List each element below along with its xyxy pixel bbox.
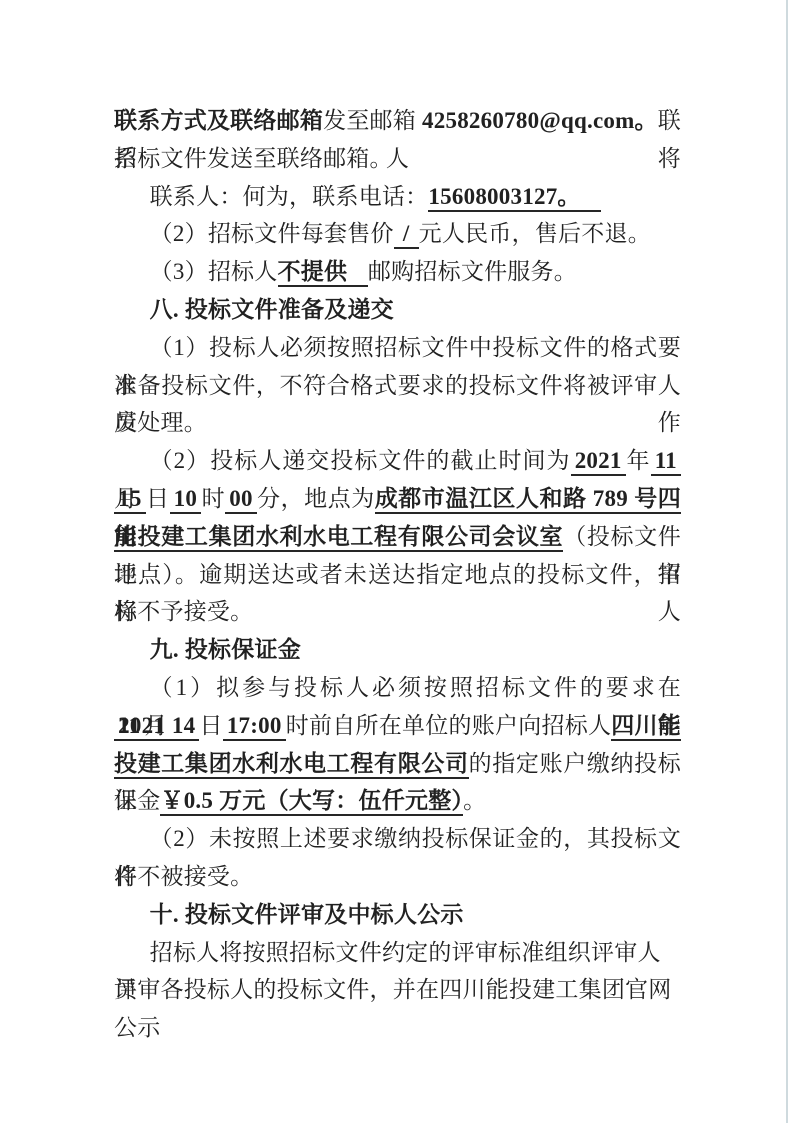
scan-edge-artifact [786,0,788,1123]
contact-phone: 15608003127。 [428,184,601,212]
text-line: 能投建工集团水利水电工程有限公司会议室（投标文件评审 [114,518,681,556]
deposit-amount: ￥0.5 万元（大写：伍仟元整） [160,788,463,816]
text-line: 准备投标文件，不符合格式要求的投标文件将被评审人员作 [114,367,681,405]
text-segment: （2）投标人递交投标文件的截止时间为 [150,448,571,473]
heading-text: 八. 投标文件准备及递交 [150,297,394,322]
text-segment: 将不被接受。 [114,864,253,889]
heading-text: 九. 投标保证金 [150,637,301,662]
document-text: 联系方式及联络邮箱发至邮箱 4258260780@qq.com。联系人将 招标文… [114,102,681,1009]
deadline-minute: 00 [225,486,257,514]
heading-text: 十. 投标文件评审及中标人公示 [150,902,464,927]
text-segment: 招标文件发送至联络邮箱。 [114,146,393,171]
text-line: （2）投标人递交投标文件的截止时间为2021年11月 [114,442,681,480]
scanned-tender-document-page: 联系方式及联络邮箱发至邮箱 4258260780@qq.com。联系人将 招标文… [0,0,794,1123]
deadline-month: 11 [651,448,681,476]
text-line: 将不被接受。 [114,858,681,896]
text-segment: 证金 [114,788,160,813]
contact-person-label: 联系人：何为，联系电话： [150,184,429,209]
text-segment: （3）招标人 [150,259,278,284]
text-line: 地点）。逾期送达或者未送达指定地点的投标文件，招标人 [114,556,681,594]
text-segment: （2）招标文件每套售价 [150,221,394,246]
text-line: 招标人将按照招标文件约定的评审标准组织评审人员 [114,934,681,972]
text-segment: 日 [199,713,222,738]
deposit-time: 17:00 [223,713,286,741]
not-provided-emphasis: 不提供 [278,259,368,287]
text-segment: 时 [201,486,225,511]
text-segment: 将不予接受。 [114,599,253,624]
section-heading-10: 十. 投标文件评审及中标人公示 [114,896,681,934]
tenderer-name-part1: 四川能 [611,713,681,741]
email-address: 4258260780@qq.com。 [422,108,658,133]
text-segment: 废处理。 [114,410,207,435]
contact-section-heading: 联系方式及联络邮箱 [114,108,323,133]
text-line: 15日10时00分，地点为成都市温江区人和路 789 号四川 [114,480,681,518]
text-segment: 年 [626,448,651,473]
text-line: 证金￥0.5 万元（大写：伍仟元整）。 [114,782,681,820]
deadline-day: 15 [114,486,146,514]
text-segment: 。 [463,788,486,813]
tenderer-name-part2: 投建工集团水利水电工程有限公司 [114,751,469,779]
text-line: 11月14日17:00时前自所在单位的账户向招标人四川能 [114,707,681,745]
text-segment: 发至邮箱 [323,108,422,133]
text-line: （2）未按照上述要求缴纳投标保证金的，其投标文件 [114,820,681,858]
text-line: 联系人：何为，联系电话：15608003127。 [114,178,681,216]
text-segment: 元人民币，售后不退。 [419,221,651,246]
text-segment: 月 [144,713,167,738]
text-segment: 评审各投标人的投标文件，并在四川能投建工集团官网公示 [114,977,672,1040]
text-segment: 邮购招标文件服务。 [368,259,577,284]
text-line: （3）招标人不提供邮购招标文件服务。 [114,253,681,291]
deposit-month: 11 [114,713,144,741]
text-segment: 分，地点为 [257,486,375,511]
deadline-year: 2021 [571,448,626,476]
deposit-day: 14 [168,713,200,741]
section-heading-8: 八. 投标文件准备及递交 [114,291,681,329]
text-segment: 时前自所在单位的账户向招标人 [286,713,611,738]
text-line: 联系方式及联络邮箱发至邮箱 4258260780@qq.com。联系人将 [114,102,681,140]
text-line: （1）拟参与投标人必须按照招标文件的要求在2021年 [114,669,681,707]
text-line: （1）投标人必须按照招标文件中投标文件的格式要求 [114,329,681,367]
submission-address-part2: 能投建工集团水利水电工程有限公司会议室 [114,524,563,552]
section-heading-9: 九. 投标保证金 [114,631,681,669]
deadline-hour: 10 [170,486,202,514]
price-blank: / [394,221,419,249]
text-line: 评审各投标人的投标文件，并在四川能投建工集团官网公示 [114,971,681,1009]
text-segment: （1）拟参与投标人必须按照招标文件的要求在 [150,675,681,700]
text-line: 投建工集团水利水电工程有限公司的指定账户缴纳投标保 [114,745,681,783]
text-line: （2）招标文件每套售价/元人民币，售后不退。 [114,215,681,253]
text-segment: 日 [146,486,170,511]
